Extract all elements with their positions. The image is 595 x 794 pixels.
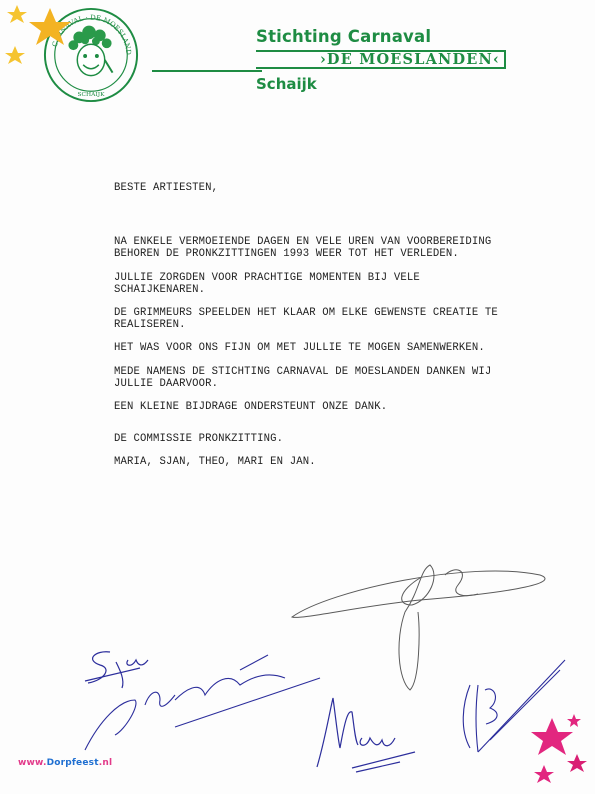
paragraph-6: EEN KLEINE BIJDRAGE ONDERSTEUNT ONZE DAN… [114, 401, 554, 413]
paragraph-1-line-1: NA ENKELE VERMOEIENDE DAGEN EN VELE UREN… [114, 236, 554, 248]
signature-theo [292, 565, 545, 690]
paragraph-3-line-2: REALISEREN. [114, 319, 554, 331]
gold-stars-decoration [0, 0, 80, 80]
foundation-title: Stichting Carnaval [256, 27, 431, 46]
closing: DE COMMISSIE PRONKZITTING. [114, 433, 554, 445]
signature-maria [317, 698, 415, 772]
foundation-name: ›DE MOESLANDEN‹ [320, 51, 500, 68]
letterhead-rule [152, 70, 262, 72]
scanned-letter: CARNAVAL · DE MOESLANDEN · SCHAIJK Stich… [0, 0, 595, 794]
paragraph-2-line-2: SCHAIJKENAREN. [114, 284, 554, 296]
signature-mari [85, 655, 320, 750]
paragraph-5-line-1: MEDE NAMENS DE STICHTING CARNAVAL DE MOE… [114, 366, 554, 378]
site-watermark: www.Dorpfeest.nl [18, 758, 112, 768]
salutation: BESTE ARTIESTEN, [114, 182, 554, 194]
paragraph-1-line-2: BEHOREN DE PRONKZITTINGEN 1993 WEER TOT … [114, 248, 554, 260]
foundation-name-box: ›DE MOESLANDEN‹ [256, 50, 506, 69]
paragraph-2-line-1: JULLIE ZORGDEN VOOR PRACHTIGE MOMENTEN B… [114, 272, 554, 284]
signatories: MARIA, SJAN, THEO, MARI EN JAN. [114, 456, 554, 468]
letter-body: BESTE ARTIESTEN, NA ENKELE VERMOEIENDE D… [114, 182, 554, 469]
pink-stars-decoration [528, 712, 595, 794]
paragraph-5-line-2: JULLIE DAARVOOR. [114, 378, 554, 390]
paragraph-3-line-1: DE GRIMMEURS SPEELDEN HET KLAAR OM ELKE … [114, 307, 554, 319]
town-name: Schaijk [256, 75, 317, 93]
paragraph-4: HET WAS VOOR ONS FIJN OM MET JULLIE TE M… [114, 342, 554, 354]
signature-sjan [85, 652, 148, 688]
svg-text:SCHAIJK: SCHAIJK [78, 92, 106, 98]
